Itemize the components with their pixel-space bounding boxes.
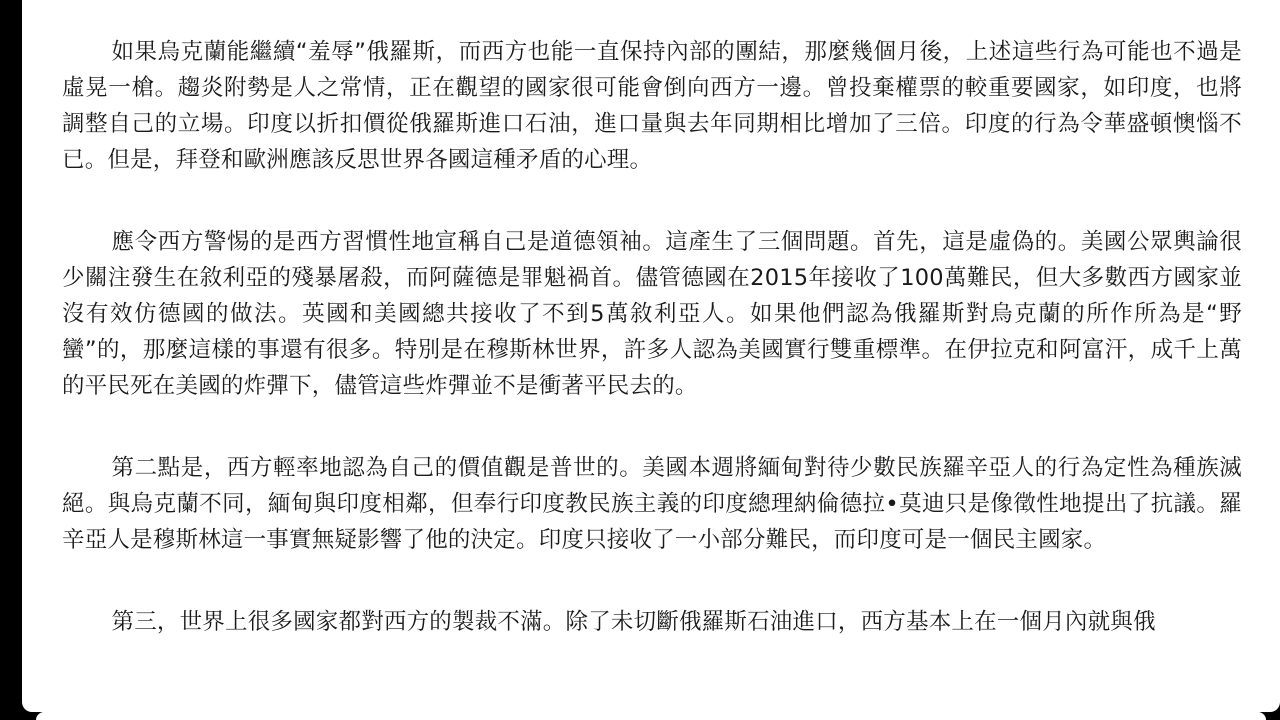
reader-viewport: 如果烏克蘭能繼續“羞辱”俄羅斯，而西方也能一直保持內部的團結，那麼幾個月後，上述… (0, 0, 1280, 720)
next-page-sheet (36, 712, 1266, 720)
paragraph-1: 如果烏克蘭能繼續“羞辱”俄羅斯，而西方也能一直保持內部的團結，那麼幾個月後，上述… (62, 34, 1242, 178)
paragraph-4-partial: 第三，世界上很多國家都對西方的製裁不滿。除了未切斷俄羅斯石油進口，西方基本上在一… (62, 604, 1242, 640)
next-page-peek (22, 712, 1280, 720)
paragraph-3: 第二點是，西方輕率地認為自己的價值觀是普世的。美國本週將緬甸對待少數民族羅辛亞人… (62, 450, 1242, 558)
article-body: 如果烏克蘭能繼續“羞辱”俄羅斯，而西方也能一直保持內部的團結，那麼幾個月後，上述… (62, 34, 1242, 686)
paragraph-2: 應令西方警惕的是西方習慣性地宣稱自己是道德領袖。這產生了三個問題。首先，這是虛偽… (62, 224, 1242, 404)
document-page[interactable]: 如果烏克蘭能繼續“羞辱”俄羅斯，而西方也能一直保持內部的團結，那麼幾個月後，上述… (22, 0, 1280, 712)
left-frame-edge (0, 0, 22, 720)
